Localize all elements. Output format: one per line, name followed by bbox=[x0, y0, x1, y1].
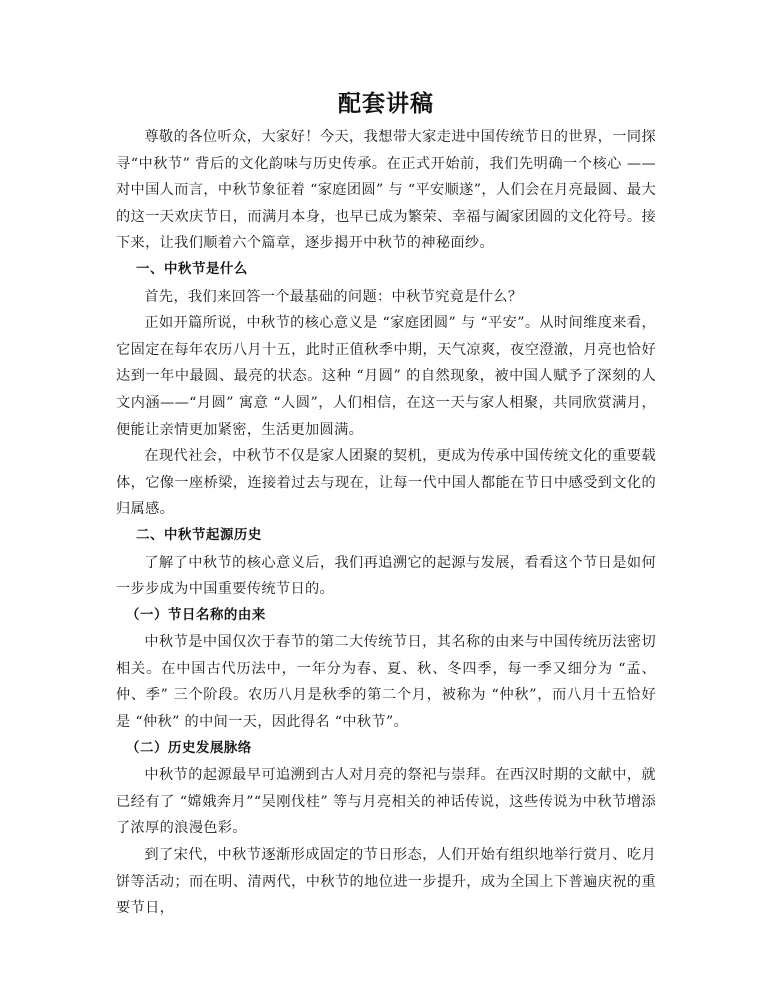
body-paragraph: 在现代社会，中秋节不仅是家人团聚的契机，更成为传承中国传统文化的重要载体，它像一… bbox=[116, 443, 656, 523]
document-page: 配套讲稿 尊敬的各位听众，大家好！今天，我想带大家走进中国传统节日的世界，一同探… bbox=[116, 88, 656, 922]
body-paragraph: 中秋节的起源最早可追溯到古人对月亮的祭祀与崇拜。在西汉时期的文献中，就已经有了 … bbox=[116, 762, 656, 842]
body-paragraph: 首先，我们来回答一个最基础的问题：中秋节究竟是什么？ bbox=[116, 284, 656, 311]
section-heading-origin-history: 二、中秋节起源历史 bbox=[116, 523, 656, 550]
body-paragraph: 中秋节是中国仅次于春节的第二大传统节日，其名称的由来与中国传统历法密切相关。在中… bbox=[116, 629, 656, 735]
subsection-heading-name-origin: （一）节日名称的由来 bbox=[116, 603, 656, 630]
section-heading-what-is-mid-autumn: 一、中秋节是什么 bbox=[116, 257, 656, 284]
subsection-heading-historical-development: （二）历史发展脉络 bbox=[116, 736, 656, 763]
body-paragraph: 正如开篇所说，中秋节的核心意义是 “家庭团圆” 与 “平安”。从时间维度来看，它… bbox=[116, 310, 656, 443]
body-paragraph: 了解了中秋节的核心意义后，我们再追溯它的起源与发展，看看这个节日是如何一步步成为… bbox=[116, 550, 656, 603]
intro-paragraph: 尊敬的各位听众，大家好！今天，我想带大家走进中国传统节日的世界，一同探寻“中秋节… bbox=[116, 124, 656, 257]
document-title: 配套讲稿 bbox=[116, 88, 656, 120]
body-paragraph: 到了宋代，中秋节逐渐形成固定的节日形态，人们开始有组织地举行赏月、吃月饼等活动；… bbox=[116, 842, 656, 922]
